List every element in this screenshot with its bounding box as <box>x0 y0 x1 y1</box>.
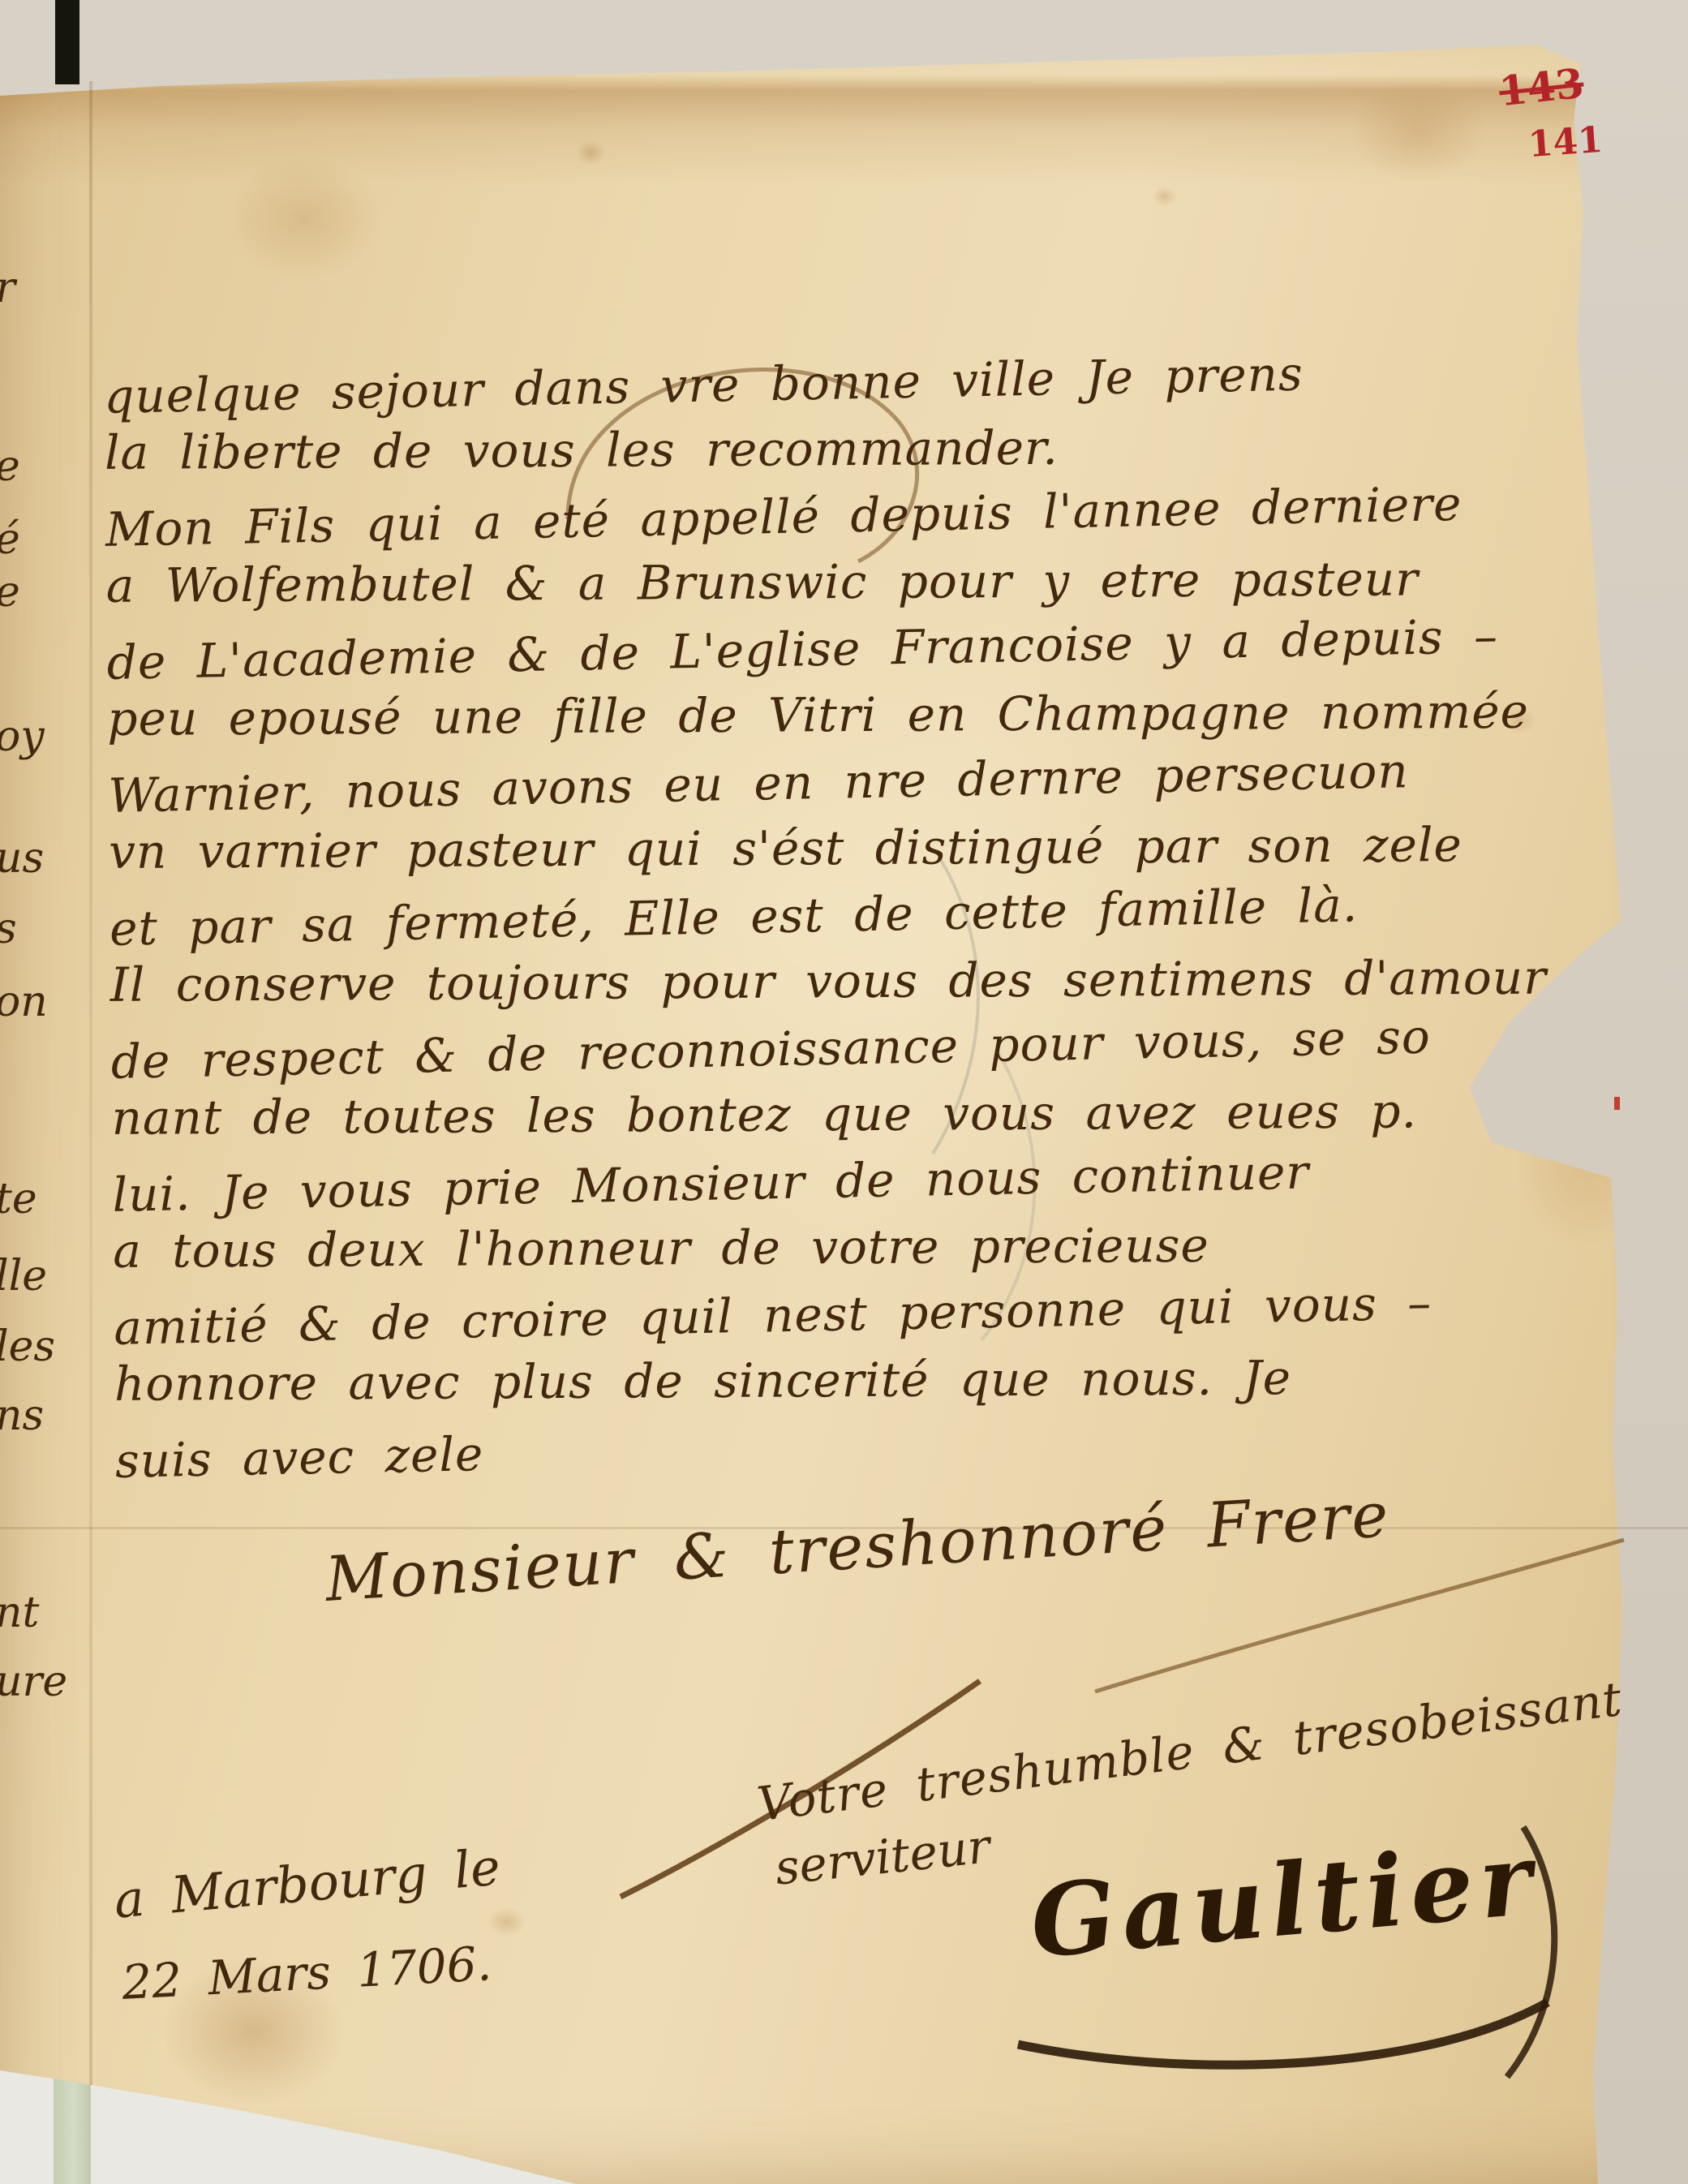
margin-word-fragment: on <box>0 978 48 1026</box>
vertical-fold-crease <box>89 81 92 2085</box>
archive-photo-background: { "foliation": { "struck_number": "143",… <box>0 0 1688 2184</box>
folio-number-struck: 143 <box>1497 59 1586 116</box>
margin-word-fragment: les <box>0 1322 55 1371</box>
margin-word-fragment: s <box>0 905 17 953</box>
letter-body-text: quelque sejour dans vre bonne ville Je p… <box>104 341 1624 1487</box>
margin-word-fragment: us <box>0 834 44 883</box>
margin-word-fragment: r <box>0 264 15 312</box>
margin-word-fragment: e <box>0 442 20 491</box>
margin-word-fragment: e <box>0 568 20 617</box>
margin-word-fragment: oy <box>0 712 45 761</box>
margin-word-fragment: é <box>0 515 20 564</box>
margin-word-fragment: te <box>0 1175 37 1223</box>
margin-word-fragment: lle <box>0 1252 47 1301</box>
binding-edge-bar <box>55 0 79 84</box>
binding-ribbon <box>54 2074 91 2184</box>
margin-word-fragment: ns <box>0 1391 44 1440</box>
margin-word-fragment: ure <box>0 1657 67 1706</box>
folio-number: 141 <box>1527 119 1604 166</box>
margin-word-fragment: nt <box>0 1589 39 1637</box>
